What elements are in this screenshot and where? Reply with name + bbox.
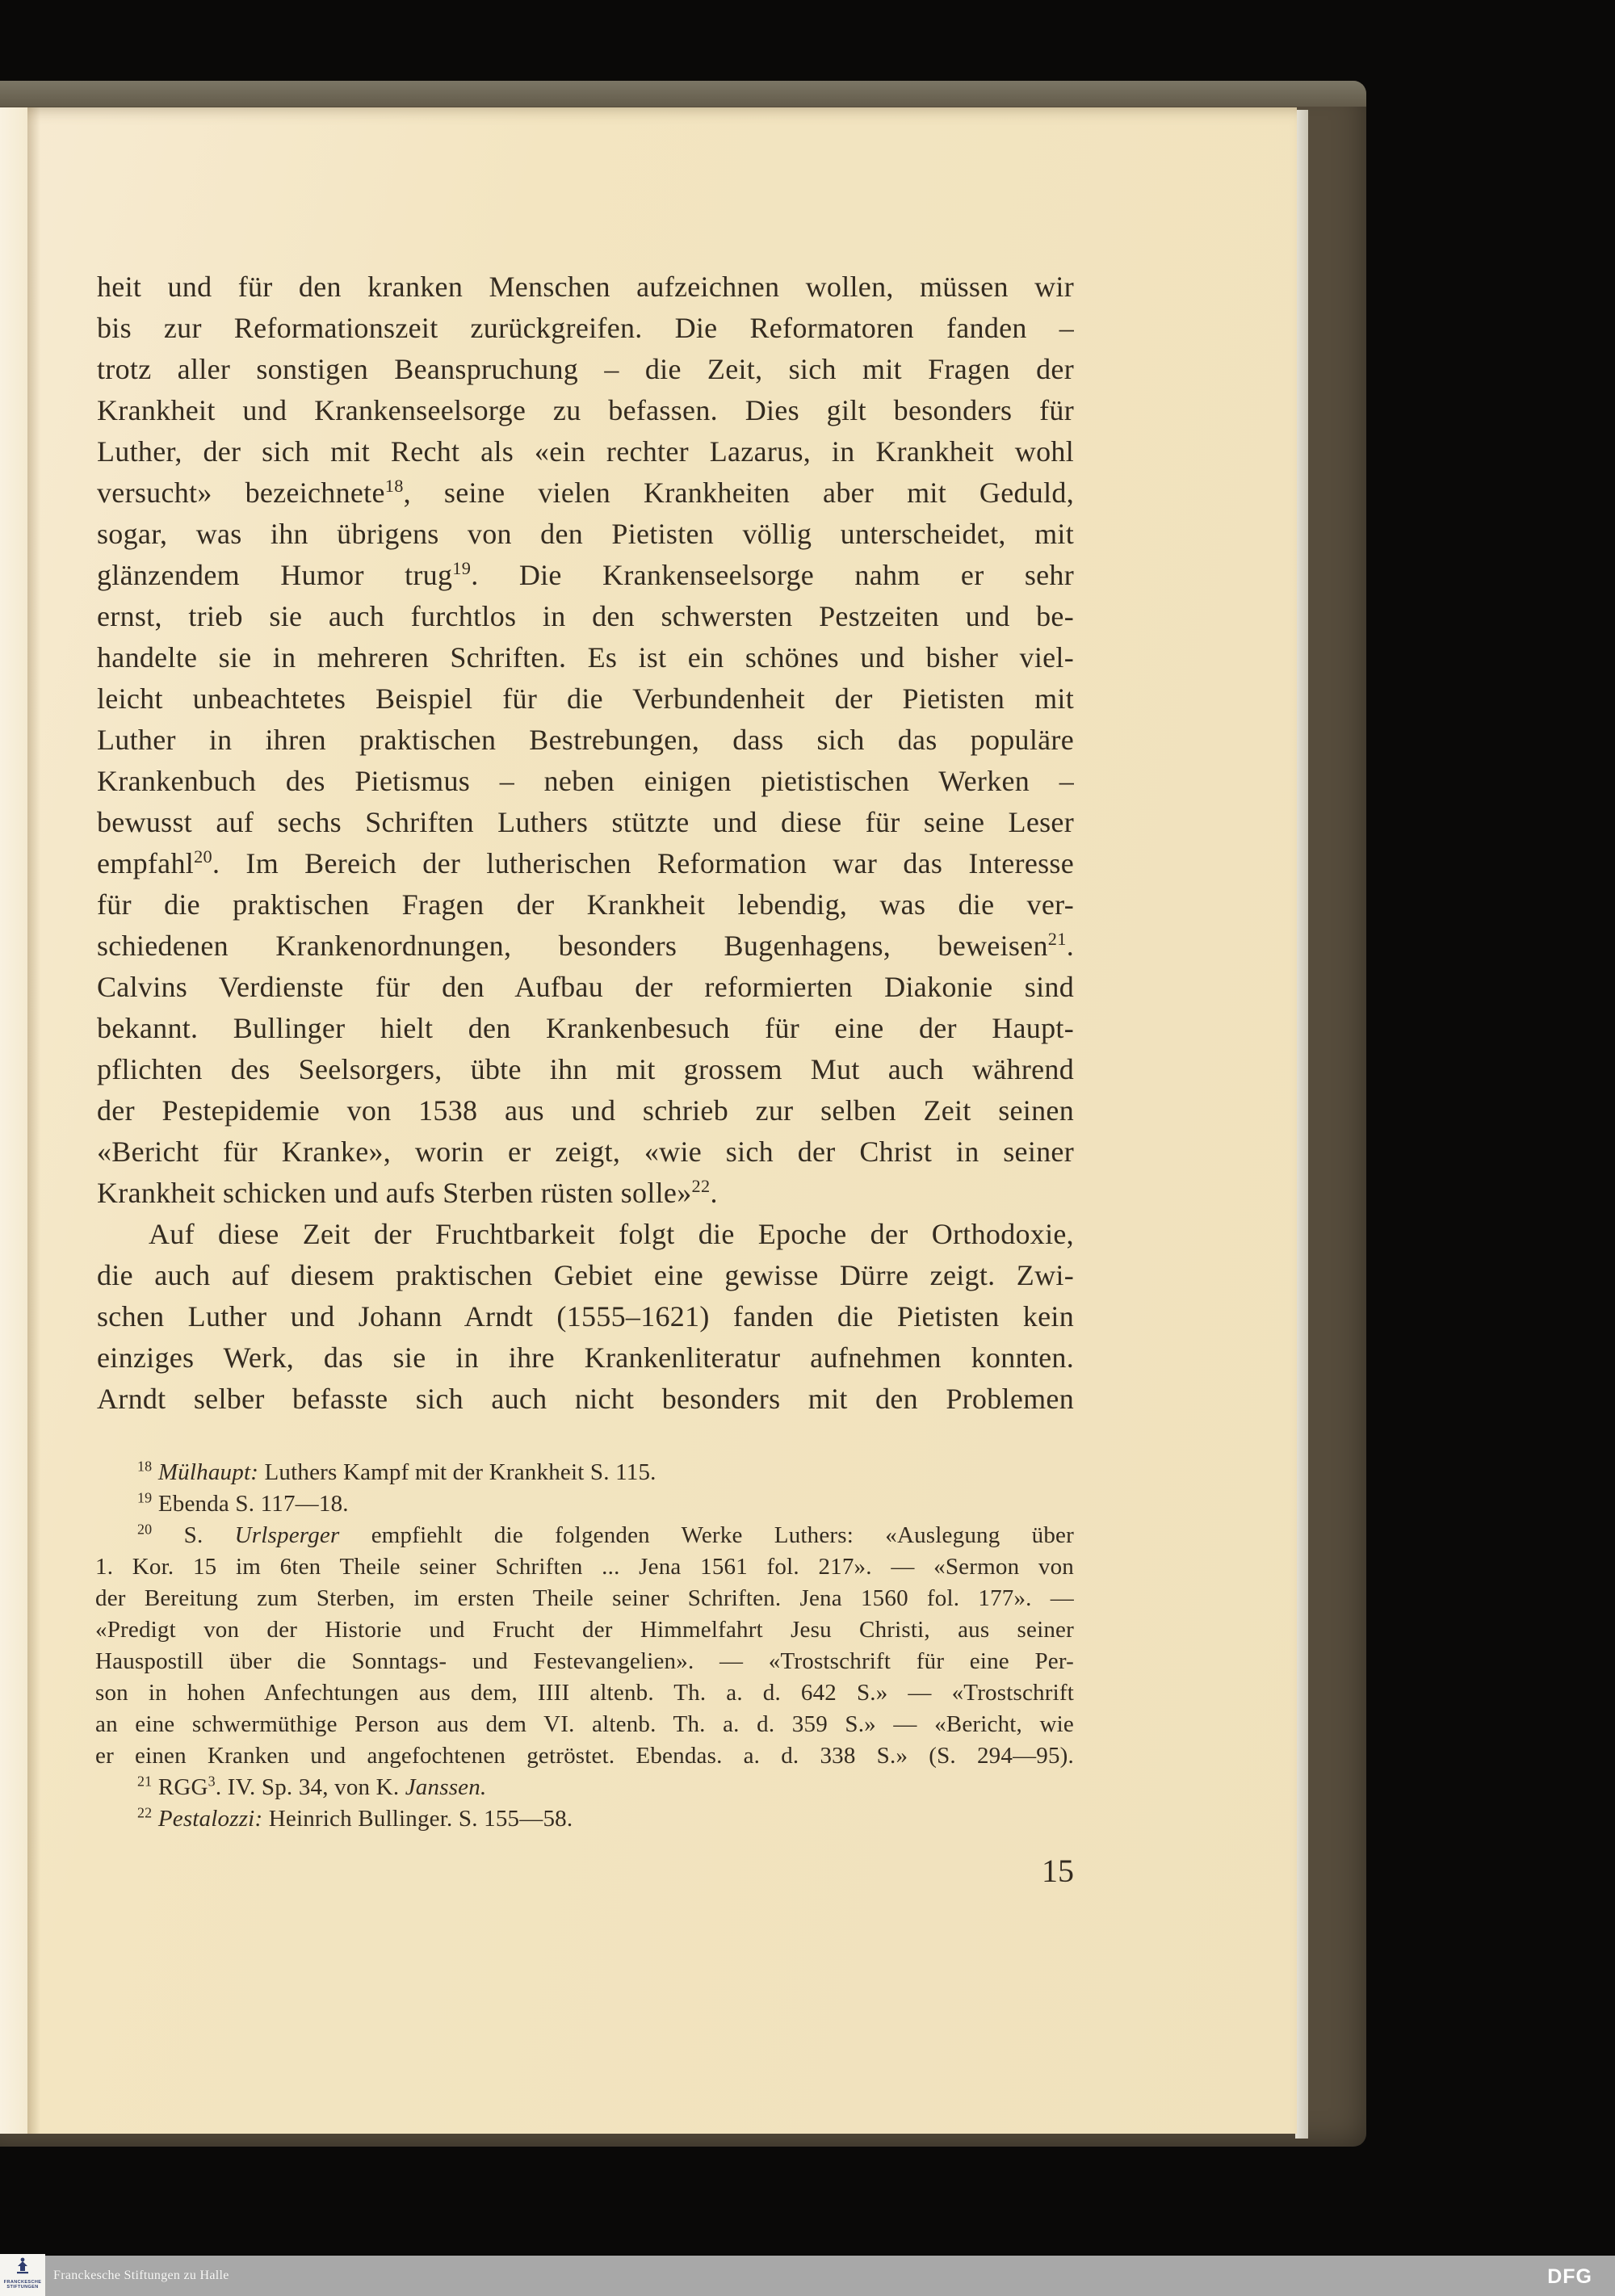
text-line: «Predigt von der Historie und Frucht der… xyxy=(95,1614,1074,1646)
text-line: Krankenbuch des Pietismus – neben einige… xyxy=(97,761,1074,802)
text-line: glänzendem Humor trug19. Die Krankenseel… xyxy=(97,555,1074,596)
text-line: ernst, trieb sie auch furchtlos in den s… xyxy=(97,596,1074,637)
text-line: heit und für den kranken Menschen aufzei… xyxy=(97,267,1074,308)
page-fold-edge xyxy=(0,107,27,2134)
text-line: Krankheit und Krankenseelsorge zu befass… xyxy=(97,390,1074,431)
text-line: «Bericht für Kranke», worin er zeigt, «w… xyxy=(97,1131,1074,1173)
text-line: 19 Ebenda S. 117—18. xyxy=(95,1488,1074,1520)
text-line: sogar, was ihn übrigens von den Pietiste… xyxy=(97,514,1074,555)
page-stack-edge xyxy=(1295,110,1308,2139)
footer-bar: Franckesche Stiftungen zu Halle DFG xyxy=(0,2256,1615,2296)
text-line: Auf diese Zeit der Fruchtbarkeit folgt d… xyxy=(97,1214,1074,1255)
text-line: schiedenen Krankenordnungen, besonders B… xyxy=(97,926,1074,967)
text-line: 21 RGG3. IV. Sp. 34, von K. Janssen. xyxy=(95,1772,1074,1803)
text-line: einziges Werk, das sie in ihre Krankenli… xyxy=(97,1337,1074,1379)
text-line: Hauspostill über die Sonntags- und Feste… xyxy=(95,1646,1074,1677)
text-line: Calvins Verdienste für den Aufbau der re… xyxy=(97,967,1074,1008)
logo-text-line2: STIFTUNGEN xyxy=(0,2285,45,2290)
text-line: Arndt selber befasste sich auch nicht be… xyxy=(97,1379,1074,1420)
franckesche-stiftungen-logo: FRANCKESCHE STIFTUNGEN xyxy=(0,2254,45,2296)
text-line: Krankheit schicken und aufs Sterben rüst… xyxy=(97,1173,1074,1214)
text-line: versucht» bezeichnete18, seine vielen Kr… xyxy=(97,472,1074,514)
text-line: schen Luther und Johann Arndt (1555–1621… xyxy=(97,1296,1074,1337)
text-line: Luther in ihren praktischen Bestrebungen… xyxy=(97,720,1074,761)
franckesche-emblem-icon xyxy=(12,2256,33,2276)
page-crease-shadow xyxy=(27,107,40,2134)
text-line: leicht unbeachtetes Beispiel für die Ver… xyxy=(97,678,1074,720)
text-line: für die praktischen Fragen der Krankheit… xyxy=(97,884,1074,926)
main-text-block: heit und für den kranken Menschen aufzei… xyxy=(97,267,1074,1420)
text-line: 18 Mülhaupt: Luthers Kampf mit der Krank… xyxy=(95,1457,1074,1488)
text-line: der Bereitung zum Sterben, im ersten The… xyxy=(95,1583,1074,1614)
text-line: pflichten des Seelsorgers, übte ihn mit … xyxy=(97,1049,1074,1090)
text-line: bekannt. Bullinger hielt den Krankenbesu… xyxy=(97,1008,1074,1049)
text-line: handelte sie in mehreren Schriften. Es i… xyxy=(97,637,1074,678)
text-line: empfahl20. Im Bereich der lutherischen R… xyxy=(97,843,1074,884)
text-line: trotz aller sonstigen Beanspruchung – di… xyxy=(97,349,1074,390)
page-number: 15 xyxy=(97,1852,1074,1890)
book-cover-top-edge xyxy=(0,81,1366,107)
footnotes-block: 18 Mülhaupt: Luthers Kampf mit der Krank… xyxy=(95,1457,1074,1835)
footer-institution-label: Franckesche Stiftungen zu Halle xyxy=(53,2256,229,2296)
text-line: Luther, der sich mit Recht als «ein rech… xyxy=(97,431,1074,472)
text-line: son in hohen Anfechtungen aus dem, IIII … xyxy=(95,1677,1074,1709)
text-line: bewusst auf sechs Schriften Luthers stüt… xyxy=(97,802,1074,843)
text-line: bis zur Reformationszeit zurückgreifen. … xyxy=(97,308,1074,349)
text-line: 1. Kor. 15 im 6ten Theile seiner Schrift… xyxy=(95,1551,1074,1583)
text-line: 22 Pestalozzi: Heinrich Bullinger. S. 15… xyxy=(95,1803,1074,1835)
dfg-logo: DFG xyxy=(1547,2256,1592,2296)
scanned-book-photo: heit und für den kranken Menschen aufzei… xyxy=(0,0,1615,2296)
text-line: die auch auf diesem praktischen Gebiet e… xyxy=(97,1255,1074,1296)
text-line: an eine schwermüthige Person aus dem VI.… xyxy=(95,1709,1074,1740)
text-line: der Pestepidemie von 1538 aus und schrie… xyxy=(97,1090,1074,1131)
text-line: 20 S. Urlsperger empfiehlt die folgenden… xyxy=(95,1520,1074,1551)
book-page: heit und für den kranken Menschen aufzei… xyxy=(0,107,1297,2134)
text-line: er einen Kranken und angefochtenen getrö… xyxy=(95,1740,1074,1772)
